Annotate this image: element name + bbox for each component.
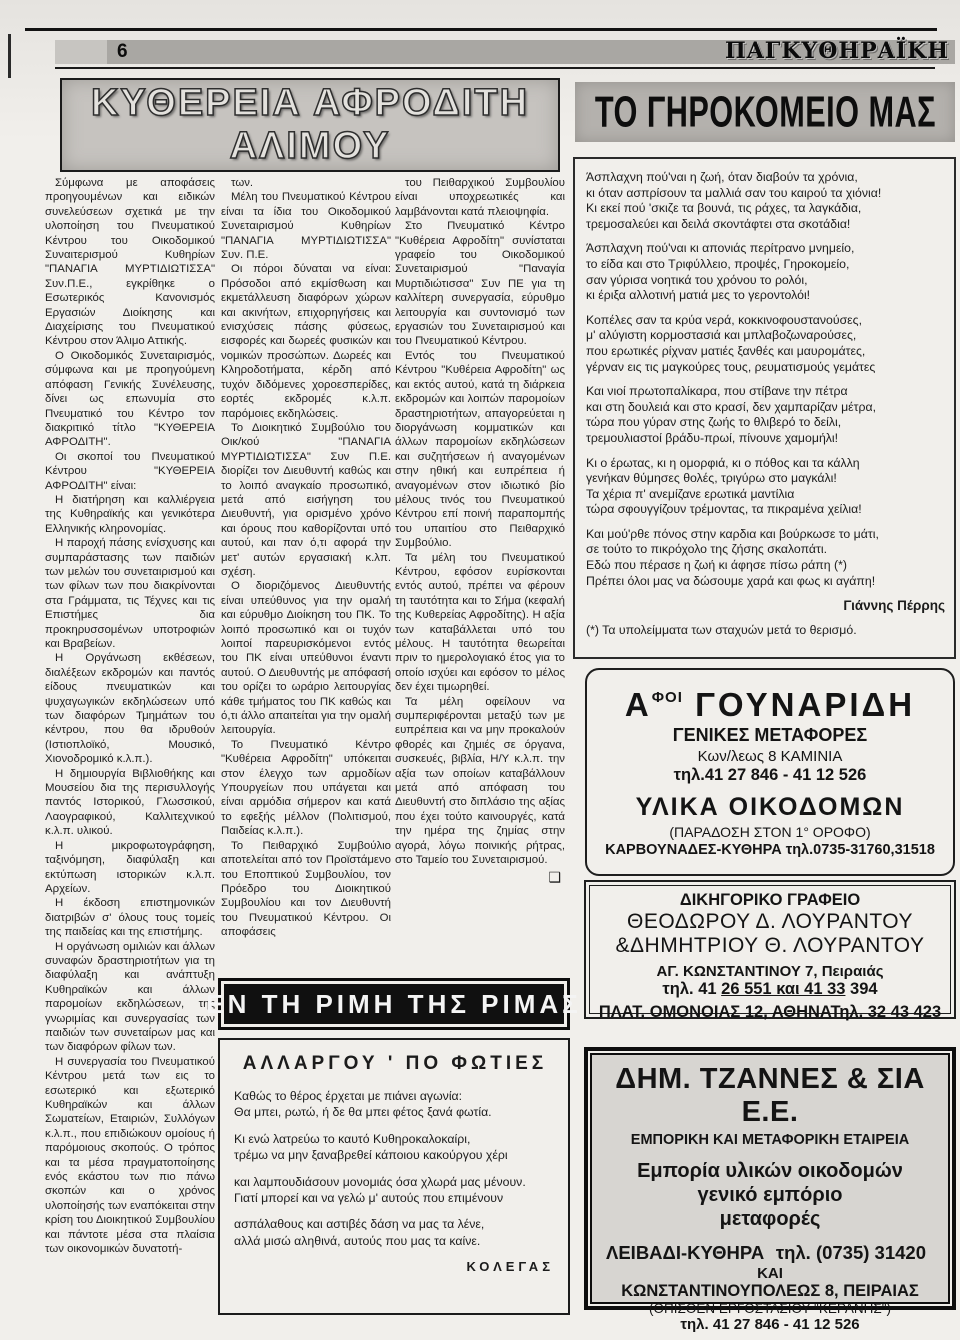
ad-lawyer-tel-suffix: 394 [845,980,877,998]
news-column-3-paragraphs: του Πειθαρχικού Συμβουλίου είναι υποχρεω… [395,176,565,868]
article-paragraph: Τα μέλη του Πνευματικού Κέντρου, εφόσον … [395,551,565,695]
ad-tzannes-location-row: ΛΕΙΒΑΔΙ-ΚΥΘΗΡΑ τηλ. (0735) 31420 [592,1242,948,1264]
rima-poem: Καθώς το θέρος έρχεται με πιάνει αγωνία:… [234,1088,556,1249]
ad-lawyer-inner: ΔΙΚΗΓΟΡΙΚΟ ΓΡΑΦΕΙΟ ΘΕΟΔΩΡΟΥ Δ. ΛΟΥΡΑΝΤΟΥ… [589,885,951,1014]
article-paragraph: Σύμφωνα με αποφάσεις προηγουμένων και ει… [45,176,215,349]
article-paragraph: του Πειθαρχικού Συμβουλίου είναι υποχρεω… [395,176,565,219]
ad-tzannes: ΔΗΜ. ΤΖΑΝΝΕΣ & ΣΙΑ Ε.Ε. ΕΜΠΟΡΙΚΗ ΚΑΙ ΜΕΤ… [584,1047,956,1310]
article-paragraph: Οι σκοποί του Πνευματικού Κέντρου "ΚΥΘΕΡ… [45,450,215,493]
top-rule [25,28,937,31]
article-paragraph: Η οργάνωση ομιλιών και άλλων συναφών δρα… [45,940,215,1055]
rima-banner-title: ΕΝ ΤΗ ΡΙΜΗ ΤΗΣ ΡΙΜΑΣ [206,989,582,1020]
article-paragraph: Στο Πνευματικό Κέντρο "Κυθέρεια Αφροδίτη… [395,219,565,349]
header-rule [55,67,935,69]
article-paragraph: Η δημιουργία Βιβλιοθήκης και Μουσείου δι… [45,767,215,839]
article-paragraph: Το Πνευματικό Κέντρο "Κυθέρεια Αφροδίτη"… [221,738,391,839]
ad-lawyer-tel-prefix: τηλ. 41 [662,980,721,998]
article-paragraph: Η παροχή πάσης ενίσχυσης και συμπαράστασ… [45,536,215,651]
article-paragraph: Ο Οικοδομικός Συνεταιρισμός, σύμφωνα και… [45,349,215,450]
news-column-3: του Πειθαρχικού Συμβουλίου είναι υποχρεω… [395,176,565,982]
article-paragraph: Ο διοριζόμενος Διευθυντής είναι υπεύθυνο… [221,579,391,737]
ad-gounaridi-address: Κων/λεως 8 ΚΑΜΙΝΙΑ [587,748,953,765]
rima-banner-inner: ΕΝ ΤΗ ΡΙΜΗ ΤΗΣ ΡΙΜΑΣ [224,984,564,1024]
ad-tzannes-inner: ΔΗΜ. ΤΖΑΝΝΕΣ & ΣΙΑ Ε.Ε. ΕΜΠΟΡΙΚΗ ΚΑΙ ΜΕΤ… [590,1053,950,1304]
ad-tzannes-location-tel: τηλ. (0735) 31420 [776,1242,926,1264]
rima-poem-title: ΑΛΛΑΡΓΟΥ ' ΠΟ ΦΩΤΙΕΣ [234,1053,556,1075]
ad-tzannes-kai: ΚΑΙ [592,1265,948,1282]
main-headline-line1: ΚΥΘΕΡΕΙΑ ΑΦΡΟΔΙΤΗ [62,82,558,125]
ad-gounaridi-delivery: (ΠΑΡΑΔΟΣΗ ΣΤΟΝ 1° ΟΡΟΦΟ) [587,824,953,840]
article-paragraph: Το Πειθαρχικό Συμβούλιο αποτελείται από … [221,839,391,940]
ad-lawyer-tel-underlined: 26 551 και 41 33 [721,980,845,998]
article-paragraph: Το Διοικητικό Συμβούλιο του Οικ/κού "ΠΑΝ… [221,421,391,579]
article-paragraph: Η μικροφωτογράφηση, ταξινόμηση, διαφύλαξ… [45,839,215,897]
ad-lawyer-name1: ΘΕΟΔΩΡΟΥ Δ. ΛΟΥΡΑΝΤΟΥ [590,910,950,934]
ad-gounaridi-tel: τηλ.41 27 846 - 41 12 526 [587,766,953,785]
rima-poem-box: ΑΛΛΑΡΓΟΥ ' ΠΟ ΦΩΤΙΕΣ Καθώς το θέρος έρχε… [218,1038,570,1315]
ad-gounaridi: ΑΦΟΙ ΓΟΥΝΑΡΙΔΗ ΓΕΝΙΚΕΣ ΜΕΤΑΦΟΡΕΣ Κων/λεω… [585,668,955,876]
ad-tzannes-subtitle: ΕΜΠΟΡΙΚΗ ΚΑΙ ΜΕΤΑΦΟΡΙΚΗ ΕΤΑΙΡΕΙΑ [592,1132,948,1148]
gerokomeio-headline-box: ΤΟ ΓΗΡΟΚΟΜΕΙΟ ΜΑΣ [575,82,955,142]
poem-stanza: ασπάλαθους και αστιβές δάση να μας τα λέ… [234,1216,556,1249]
gerokomeio-footnote: (*) Τα υπολείμματα των σταχυών μετά το θ… [586,623,945,639]
ad-tzannes-line1: Εμπορία υλικών οικοδομών [592,1159,948,1183]
article-paragraph: Η Οργάνωση εκθέσεων, διαλέξεων εκδρομών … [45,651,215,766]
masthead: ΠΑΓΚΥΘΗΡΑΪΚΗ [725,38,949,64]
ad-lawyer-name2: &ΔΗΜΗΤΡΙΟΥ Θ. ΛΟΥΡΑΝΤΟΥ [590,934,950,958]
article-paragraph: Η συνεργασία του Πνευματικού Κέντρου μετ… [45,1055,215,1257]
header-band: 6 ΠΑΓΚΥΘΗΡΑΪΚΗ [55,40,955,64]
ad-tzannes-line3: μεταφορές [592,1207,948,1231]
ad-tzannes-location: ΛΕΙΒΑΔΙ-ΚΥΘΗΡΑ [606,1242,764,1264]
page-number-plate [55,40,107,64]
ad-gounaridi-materials: ΥΛΙΚΑ ΟΙΚΟΔΟΜΩΝ [587,793,953,822]
poem-stanza: Και μού'ρθε πόνος στην καρδια και βούρκω… [586,527,945,589]
poem-stanza: Άσπλαχνη πού'ναι κι απονιάς περίτρανο μν… [586,241,945,303]
rima-banner-box: ΕΝ ΤΗ ΡΙΜΗ ΤΗΣ ΡΙΜΑΣ [218,978,570,1030]
ad-lawyer-address: ΑΓ. ΚΩΝΣΤΑΝΤΙΝΟΥ 7, Πειραιάς [590,963,950,980]
poem-stanza: Καθώς το θέρος έρχεται με πιάνει αγωνία:… [234,1088,556,1121]
ad-tzannes-address: ΚΩΝΣΤΑΝΤΙΝΟΥΠΟΛΕΩΣ 8, ΠΕΙΡΑΙΑΣ [592,1282,948,1301]
ad-tzannes-note: (ΟΠΙΣΘΕΝ ΕΡΓΟΣΤΑΣΙΟΥ "ΚΕΡΑΝΗΣ") [592,1301,948,1316]
ad-gounaridi-location: ΚΑΡΒΟΥΝΑΔΕΣ-ΚΥΘΗΡΑ τηλ.0735-31760,31518 [587,842,953,858]
rima-author: ΚΟΛΕΓΑΣ [234,1259,556,1274]
gerokomeio-headline: ΤΟ ΓΗΡΟΚΟΜΕΙΟ ΜΑΣ [594,87,935,137]
poem-stanza: Κοπέλες σαν τα κρύα νερά, κοκκινοφουσταν… [586,313,945,375]
poem-stanza: και λαμπουδιάσουν μονομιάς όσα χλωρά μας… [234,1174,556,1207]
main-headline-line2: ΑΛΙΜΟΥ [62,125,558,168]
news-column-1: Σύμφωνα με αποφάσεις προηγουμένων και ει… [45,176,215,1336]
ad-lawyer-heading: ΔΙΚΗΓΟΡΙΚΟ ΓΡΑΦΕΙΟ [590,891,950,910]
article-paragraph: Μέλη του Πνευματικού Κέντρου είναι τα ίδ… [221,190,391,262]
ad-gounaridi-name-main: ΓΟΥΝΑΡΙΔΗ [683,686,915,723]
ad-lawyer-tel: τηλ. 41 26 551 και 41 33 394 [590,980,950,999]
ad-gounaridi-name-sup: ΦΟΙ [652,689,683,706]
article-paragraph: Οι πόροι δύναται να είναι: Πρόσοδοι από … [221,262,391,420]
ad-gounaridi-subtitle: ΓΕΝΙΚΕΣ ΜΕΤΑΦΟΡΕΣ [587,725,953,746]
ad-lawyer: ΔΙΚΗΓΟΡΙΚΟ ΓΡΑΦΕΙΟ ΘΕΟΔΩΡΟΥ Δ. ΛΟΥΡΑΝΤΟΥ… [584,880,956,1019]
end-of-article-mark: ❑ [395,870,565,884]
gerokomeio-author: Γιάννης Πέρρης [586,598,945,614]
article-paragraph: Τα μέλη οφείλουν να συμπεριφέρονται μετα… [395,695,565,868]
gerokomeio-poem: Άσπλαχνη πού'ναι η ζωή, όταν διαβούν τα … [586,170,945,589]
ad-gounaridi-name: ΑΦΟΙ ΓΟΥΝΑΡΙΔΗ [587,680,953,723]
gerokomeio-poem-box: Άσπλαχνη πού'ναι η ζωή, όταν διαβούν τα … [573,157,956,659]
article-paragraph: Η έκδοση επιστημονικών διατριβών σ' όλου… [45,896,215,939]
ad-lawyer-athens: ΠΛΑΤ. ΟΜΟΝΟΙΑΣ 12, ΑΘΗΝΑΤηλ. 32 43 423 [590,1003,950,1022]
page-edge-mark [8,34,11,78]
article-paragraph: Η διατήρηση και καλλιέργεια της Κυθηραϊκ… [45,493,215,536]
news-column-2: των.Μέλη του Πνευματικού Κέντρου είναι τ… [221,176,391,970]
ad-tzannes-name: ΔΗΜ. ΤΖΑΝΝΕΣ & ΣΙΑ Ε.Ε. [592,1063,948,1129]
newspaper-page: { "header": { "page_number": "6", "masth… [0,0,960,1340]
poem-stanza: Κι ο έρωτας, κι η ομορφιά, κι ο πόθος κα… [586,456,945,518]
article-paragraph: Εντός του Πνευματικού Κέντρου "Κυθέρεια … [395,349,565,551]
page-number: 6 [117,41,128,63]
poem-stanza: Άσπλαχνη πού'ναι η ζωή, όταν διαβούν τα … [586,170,945,232]
poem-stanza: Και νιοί πρωτοπαλίκαρα, που στίβανε την … [586,384,945,446]
poem-stanza: Κι ενώ λατρεύω το καυτό Κυθηροκαλοκαίρι,… [234,1131,556,1164]
article-paragraph: των. [221,176,391,190]
ad-gounaridi-name-prefix: Α [625,686,652,723]
main-headline-box: ΚΥΘΕΡΕΙΑ ΑΦΡΟΔΙΤΗ ΑΛΙΜΟΥ [60,78,560,172]
ad-tzannes-tel: τηλ. 41 27 846 - 41 12 526 [592,1316,948,1333]
ad-tzannes-line2: γενικό εμπόριο [592,1183,948,1207]
